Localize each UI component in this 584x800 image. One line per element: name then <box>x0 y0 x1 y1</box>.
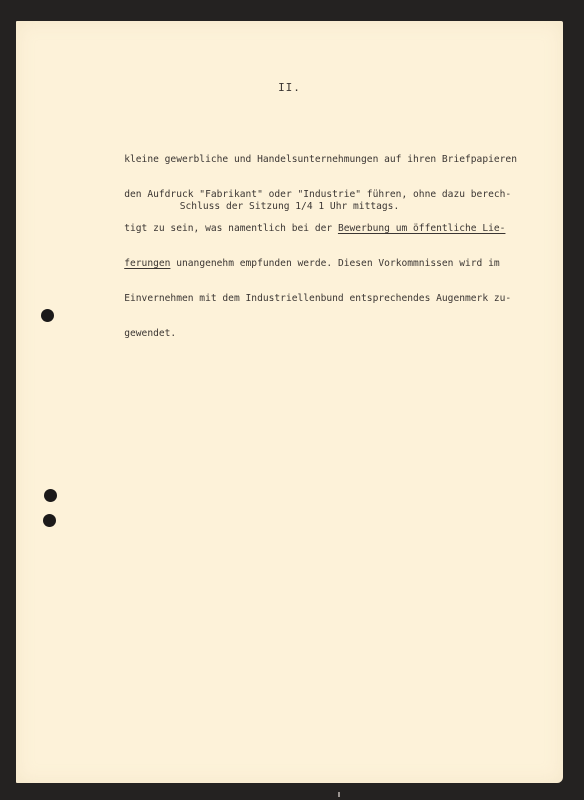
paper-sheet: II. kleine gewerbliche und Handelsuntern… <box>16 21 563 783</box>
underlined-phrase: ferungen <box>124 258 170 269</box>
body-paragraph: kleine gewerbliche und Handelsunternehmu… <box>78 119 538 351</box>
paragraph-line: kleine gewerbliche und Handelsunternehmu… <box>78 142 538 154</box>
scan-artifact <box>338 792 340 797</box>
punch-hole <box>41 309 54 322</box>
text-run: kleine gewerbliche und Handelsunternehmu… <box>124 154 517 165</box>
text-run: Einvernehmen mit dem Industriellenbund e… <box>124 293 511 304</box>
punch-hole <box>44 489 57 502</box>
paragraph-line: tigt zu sein, was namentlich bei der Bew… <box>78 212 538 224</box>
text-run: den Aufdruck "Fabrikant" oder "Industrie… <box>124 189 511 200</box>
text-run: gewendet. <box>124 328 176 339</box>
paragraph-line: den Aufdruck "Fabrikant" oder "Industrie… <box>78 177 538 189</box>
closing-line: Schluss der Sitzung 1/4 1 Uhr mittags. <box>16 201 563 212</box>
scanned-page: II. kleine gewerbliche und Handelsuntern… <box>0 0 584 800</box>
text-run: tigt zu sein, was namentlich bei der <box>124 223 338 234</box>
page-number: II. <box>16 81 563 94</box>
underlined-phrase: Bewerbung um öffentliche Lie- <box>338 223 506 234</box>
punch-hole <box>43 514 56 527</box>
paragraph-line: Einvernehmen mit dem Industriellenbund e… <box>78 281 538 293</box>
text-run: unangenehm empfunden werde. Diesen Vorko… <box>170 258 499 269</box>
paragraph-line: gewendet. <box>78 316 538 328</box>
paragraph-line: ferungen unangenehm empfunden werde. Die… <box>78 247 538 259</box>
